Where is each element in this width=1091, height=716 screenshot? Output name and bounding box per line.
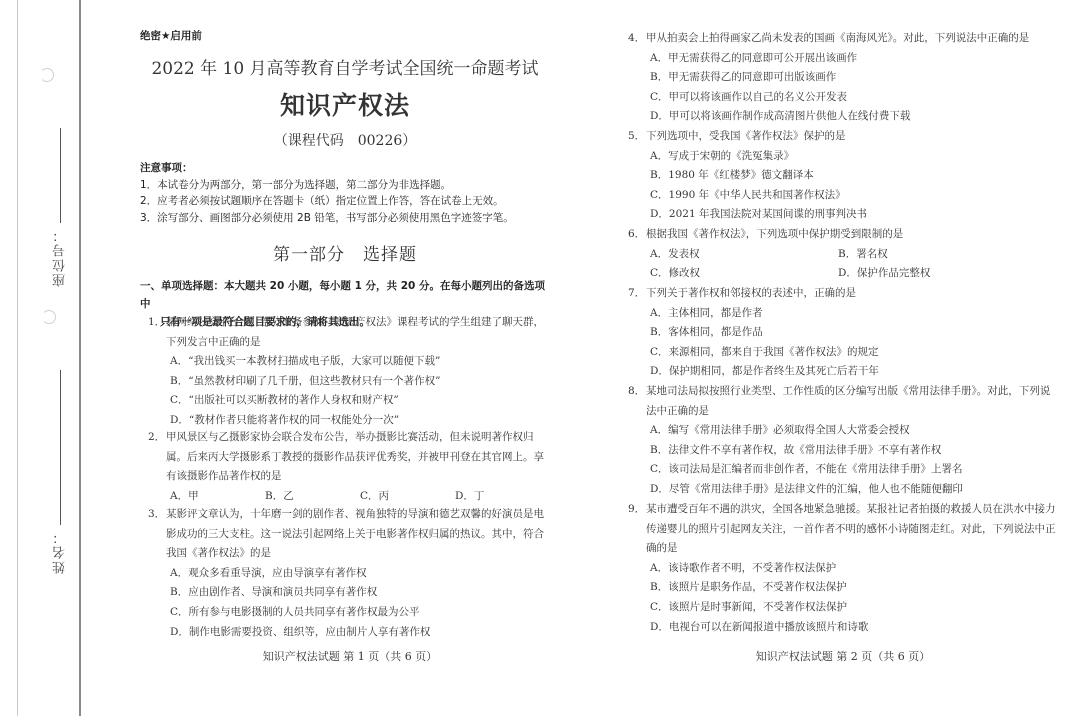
seat-number-label: 座位号： xyxy=(51,227,70,287)
subject-title: 知识产权法 xyxy=(140,86,550,122)
seat-number-field: 座位号： xyxy=(50,128,70,287)
question-number: 6． xyxy=(628,225,646,245)
question-stem: 下列关于著作权和邻接权的表述中，正确的是 xyxy=(646,284,1058,304)
option-b: B．“虽然教材印刷了几千册，但这些教材只有一个著作权” xyxy=(148,372,553,392)
note-item: 2．应考者必须按试题顺序在答题卡（纸）指定位置上作答，答在试卷上无效。 xyxy=(140,193,514,210)
option-a: A．编写《常用法律手册》必须取得全国人大常委会授权 xyxy=(628,421,1058,441)
notes-title: 注意事项： xyxy=(140,160,514,177)
secret-mark: 绝密★启用前 xyxy=(140,28,202,43)
option-c: C．丙 xyxy=(360,487,455,507)
option-d: D．电视台可以在新闻报道中播放该照片和诗歌 xyxy=(628,618,1058,638)
question-stem: 某市遭受百年不遇的洪灾，全国各地紧急驰援。某报社记者拍摄的救援人员在洪水中接力传… xyxy=(646,500,1058,559)
option-b: B．甲无需获得乙的同意即可出版该画作 xyxy=(628,68,1058,88)
seat-number-line xyxy=(60,128,61,223)
option-d: D．保护作品完整权 xyxy=(838,264,1038,284)
question-stem: 根据我国《著作权法》，下列选项中保护期受到限制的是 xyxy=(646,225,1058,245)
question-number: 5． xyxy=(628,127,646,147)
option-a: A．发表权 xyxy=(650,245,838,265)
option-d: D．尽管《常用法律手册》是法律文件的汇编，他人也不能随便翻印 xyxy=(628,480,1058,500)
name-line xyxy=(60,370,61,525)
question-5: 5． 下列选项中，受我国《著作权法》保护的是 A．写成于宋朝的《洗冤集录》 B．… xyxy=(628,127,1058,225)
page-footer: 知识产权法试题 第 1 页（共 6 页） xyxy=(140,648,560,664)
question-2: 2． 甲风景区与乙摄影家协会联合发布公告，举办摄影比赛活动，但未说明著作权归属。… xyxy=(148,428,553,506)
option-b: B．该照片是职务作品，不受著作权法保护 xyxy=(628,578,1058,598)
question-1: 1． 某网络社交平台上，部分准备参加《知识产权法》课程考试的学生组建了聊天群，下… xyxy=(148,313,553,431)
question-number: 3． xyxy=(148,505,166,564)
option-d: D．甲可以将该画作制作成高清图片供他人在线付费下载 xyxy=(628,107,1058,127)
option-d: D．丁 xyxy=(455,487,550,507)
option-a: A．观众多看重导演，应由导演享有著作权 xyxy=(148,564,553,584)
punch-hole xyxy=(40,68,54,82)
question-stem: 某影评文章认为，十年磨一剑的剧作者、视角独特的导演和德艺双馨的好演员是电影成功的… xyxy=(166,505,553,564)
option-a: A．甲无需获得乙的同意即可公开展出该画作 xyxy=(628,49,1058,69)
question-number: 7． xyxy=(628,284,646,304)
question-stem: 某地司法局拟按照行业类型、工作性质的区分编写出版《常用法律手册》。对此，下列说法… xyxy=(646,382,1058,421)
note-item: 1．本试卷分为两部分，第一部分为选择题，第二部分为非选择题。 xyxy=(140,177,514,194)
question-3: 3． 某影评文章认为，十年磨一剑的剧作者、视角独特的导演和德艺双馨的好演员是电影… xyxy=(148,505,553,642)
exam-notes: 注意事项： 1．本试卷分为两部分，第一部分为选择题，第二部分为非选择题。 2．应… xyxy=(140,160,514,226)
option-c: C．1990 年《中华人民共和国著作权法》 xyxy=(628,186,1058,206)
question-4: 4． 甲从拍卖会上拍得画家乙尚未发表的国画《南海风光》。对此，下列说法中正确的是… xyxy=(628,29,1058,127)
option-d: D．制作电影需要投资、组织等，应由制片人享有著作权 xyxy=(148,623,553,643)
question-number: 2． xyxy=(148,428,166,487)
binding-line-outer xyxy=(17,0,18,716)
option-c: C．修改权 xyxy=(650,264,838,284)
question-stem: 下列选项中，受我国《著作权法》保护的是 xyxy=(646,127,1058,147)
option-c: C．该司法局是汇编者而非创作者，不能在《常用法律手册》上署名 xyxy=(628,460,1058,480)
course-code: （课程代码 00226） xyxy=(140,130,550,150)
question-8: 8． 某地司法局拟按照行业类型、工作性质的区分编写出版《常用法律手册》。对此，下… xyxy=(628,382,1058,500)
note-item: 3．涂写部分、画图部分必须使用 2B 铅笔，书写部分必须使用黑色字迹签字笔。 xyxy=(140,210,514,227)
option-a: A．“我出钱买一本教材扫描成电子版，大家可以随便下载” xyxy=(148,352,553,372)
option-b: B．乙 xyxy=(265,487,360,507)
option-a: A．该诗歌作者不明，不受著作权法保护 xyxy=(628,559,1058,579)
exam-title: 2022 年 10 月高等教育自学考试全国统一命题考试 xyxy=(140,54,550,79)
question-number: 9． xyxy=(628,500,646,559)
question-7: 7． 下列关于著作权和邻接权的表述中，正确的是 A．主体相同，都是作者 B．客体… xyxy=(628,284,1058,382)
binding-line-inner xyxy=(79,0,81,716)
section-heading-line1: 一、单项选择题：本大题共 20 小题，每小题 1 分，共 20 分。在每小题列出… xyxy=(140,277,550,313)
option-c: C．来源相同，都来自于我国《著作权法》的规定 xyxy=(628,343,1058,363)
option-c: C．该照片是时事新闻，不受著作权法保护 xyxy=(628,598,1058,618)
question-number: 4． xyxy=(628,29,646,49)
page-footer: 知识产权法试题 第 2 页（共 6 页） xyxy=(628,648,1058,664)
question-stem: 甲风景区与乙摄影家协会联合发布公告，举办摄影比赛活动，但未说明著作权归属。后来丙… xyxy=(166,428,553,487)
name-field: 姓名： xyxy=(50,370,70,574)
option-b: B．客体相同，都是作品 xyxy=(628,323,1058,343)
option-a: A．写成于宋朝的《洗冤集录》 xyxy=(628,147,1058,167)
option-d: D．保护期相同，都是作者终生及其死亡后若干年 xyxy=(628,362,1058,382)
option-c: C．甲可以将该画作以自己的名义公开发表 xyxy=(628,88,1058,108)
option-b: B．署名权 xyxy=(838,245,1038,265)
name-label: 姓名： xyxy=(51,529,70,574)
part-title: 第一部分 选择题 xyxy=(140,240,550,265)
option-a: A．甲 xyxy=(170,487,265,507)
question-6: 6． 根据我国《著作权法》，下列选项中保护期受到限制的是 A．发表权 B．署名权… xyxy=(628,225,1058,284)
question-9: 9． 某市遭受百年不遇的洪灾，全国各地紧急驰援。某报社记者拍摄的救援人员在洪水中… xyxy=(628,500,1058,637)
question-stem: 某网络社交平台上，部分准备参加《知识产权法》课程考试的学生组建了聊天群，下列发言… xyxy=(166,313,553,352)
question-stem: 甲从拍卖会上拍得画家乙尚未发表的国画《南海风光》。对此，下列说法中正确的是 xyxy=(646,29,1058,49)
option-a: A．主体相同，都是作者 xyxy=(628,304,1058,324)
option-c: C．“出版社可以买断教材的著作人身权和财产权” xyxy=(148,391,553,411)
option-b: B．法律文件不享有著作权，故《常用法律手册》不享有著作权 xyxy=(628,441,1058,461)
option-b: B．应由剧作者、导演和演员共同享有著作权 xyxy=(148,583,553,603)
option-b: B．1980 年《红楼梦》德文翻译本 xyxy=(628,166,1058,186)
option-c: C．所有参与电影摄制的人员共同享有著作权最为公平 xyxy=(148,603,553,623)
question-number: 8． xyxy=(628,382,646,421)
question-number: 1． xyxy=(148,313,166,352)
option-d: D．2021 年我国法院对某国间谍的刑事判决书 xyxy=(628,205,1058,225)
punch-hole xyxy=(42,310,56,324)
